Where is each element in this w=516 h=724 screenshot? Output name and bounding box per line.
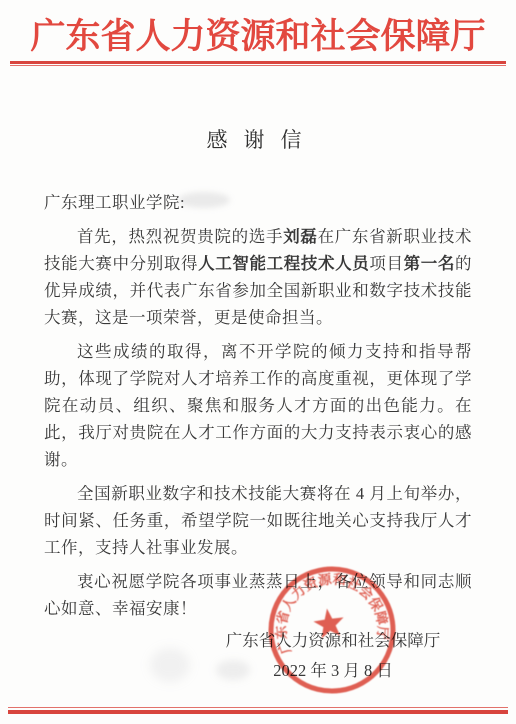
footer-divider [8, 707, 508, 714]
emphasized-text: 刘磊 [283, 227, 317, 246]
letterhead-divider-thick-line [10, 61, 506, 64]
letterhead-org-name: 广东省人力资源和社会保障厅 [0, 9, 516, 59]
footer-divider-thick-line [8, 710, 508, 714]
letter-body: 广东理工职业学院: 首先，热烈祝贺贵院的选手刘磊在广东省新职业技术技能大赛中分别… [44, 189, 472, 629]
letter-page: 广东省人力资源和社会保障厅 感谢信 广东理工职业学院: 首先，热烈祝贺贵院的选手… [0, 0, 516, 724]
body-text: 这些成绩的取得，离不开学院的倾力支持和指导帮助，体现了学院对人才培养工作的高度重… [44, 342, 472, 469]
emphasized-text: 第一名 [404, 254, 455, 273]
paragraph-3: 全国新职业数字和技术技能大赛将在 4 月上旬举办，时间紧、任务重，希望学院一如既… [44, 480, 472, 561]
body-text: 首先，热烈祝贺贵院的选手 [77, 227, 283, 246]
footer-divider-thin-line [8, 707, 508, 708]
official-seal: 广东省人力资源和社会保障厅 [262, 560, 402, 700]
letterhead-divider [10, 61, 506, 66]
scan-artifact [150, 648, 190, 682]
emphasized-text: 人工智能工程技术人员 [198, 254, 369, 273]
letterhead-divider-thin-line [10, 65, 506, 66]
body-text: 衷心祝愿学院各项事业蒸蒸日上，各位领导和同志顺心如意、幸福安康！ [44, 572, 472, 618]
seal-arc-text: 广东省人力资源和社会保障厅 [265, 564, 393, 657]
body-text: 全国新职业数字和技术技能大赛将在 4 月上旬举办，时间紧、任务重，希望学院一如既… [44, 484, 472, 557]
paragraph-4: 衷心祝愿学院各项事业蒸蒸日上，各位领导和同志顺心如意、幸福安康！ [44, 568, 472, 622]
seal-star-icon [312, 606, 346, 639]
letter-title: 感谢信 [0, 124, 516, 154]
body-text: 项目 [369, 254, 403, 273]
paragraph-1: 首先，热烈祝贺贵院的选手刘磊在广东省新职业技术技能大赛中分别取得人工智能工程技术… [44, 223, 472, 331]
paragraph-2: 这些成绩的取得，离不开学院的倾力支持和指导帮助，体现了学院对人才培养工作的高度重… [44, 338, 472, 473]
recipient-line: 广东理工职业学院: [44, 189, 472, 216]
